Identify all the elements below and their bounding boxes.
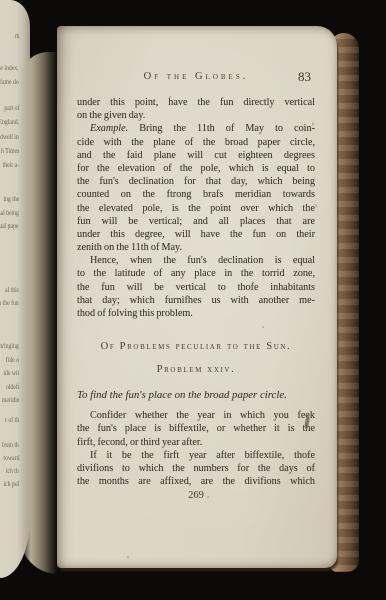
facing-page-fragment: from th <box>2 441 19 449</box>
facing-page-fragment: their a- <box>3 161 19 169</box>
facing-page-fragment: meridie <box>1 396 19 404</box>
facing-page-fragment: ich th <box>6 467 19 475</box>
text-line: Confider whether the year in which you f… <box>77 409 315 422</box>
facing-page-fragment: oldeft <box>6 383 19 391</box>
body-text-block-1: under this point, have the fun directly … <box>77 96 315 320</box>
text-line: counted on the ftrong brafs meridian tow… <box>77 188 315 201</box>
paper-speck <box>127 556 129 558</box>
text-line: the elevated pole, is the point over whi… <box>77 202 315 215</box>
facing-page-fragment: the index, <box>0 64 19 72</box>
text-line: under this degree, will have the fun on … <box>77 228 315 241</box>
text-line: the fun's place is biffextile, or whethe… <box>77 422 315 435</box>
text-line: fun will be vertical; and all places tha… <box>77 215 315 228</box>
text-line: cide with the plane of the broad paper c… <box>77 136 315 149</box>
paper-speck <box>315 204 317 207</box>
facing-page-fragment: m <box>15 32 19 40</box>
body-text-block-2: Confider whether the year in which you f… <box>77 409 315 488</box>
text-line: and the faid plane will cut eighteen deg… <box>77 149 315 162</box>
text-line: If it be the firft year after biffextile… <box>77 449 315 462</box>
facing-page-fragment: ich pol <box>3 480 19 488</box>
text-line: Example. Bring the 11th of May to coin- <box>77 122 315 135</box>
facing-page-fragment: ide wit <box>3 369 19 377</box>
facing-page-fragment: dwell in <box>0 133 19 141</box>
problem-heading: Problem xxiv. <box>77 363 315 376</box>
text-line: divifions to which the numbers for the d… <box>77 462 315 475</box>
text-line: the months are affixed, are the divifion… <box>77 475 315 488</box>
facing-page-fragment: ing the <box>3 195 19 203</box>
text-line: for the elevation of the pole, which is … <box>77 162 315 175</box>
text-line: that day; which furnifhes us with anothe… <box>77 294 315 307</box>
page-header: Of the Globes. 83 <box>77 71 315 85</box>
facing-page-fragment: toward <box>3 454 19 462</box>
book-page: Of the Globes. 83 under this point, have… <box>57 26 337 568</box>
text-line: firft, fecond, or third year after. <box>77 436 315 449</box>
book-photo: mthe index,fame dopart ofEngland,dwell i… <box>0 0 386 600</box>
facing-page-fragment: England, <box>0 118 19 126</box>
facing-page-fragment: r of th <box>5 416 19 424</box>
text-line: to the latitude of any place in the torr… <box>77 267 315 280</box>
section-heading: Of Problems peculiar to the Sun. <box>77 340 315 353</box>
text-line: the fun's declination for that day, whic… <box>77 175 315 188</box>
text-line: the fun will be vertical to thofe inhabi… <box>77 281 315 294</box>
facing-page-fragment: al this <box>5 286 19 294</box>
facing-page-fragment: fide o <box>6 356 19 364</box>
problem-statement: To find the fun's place on the broad pap… <box>77 389 315 402</box>
page-number: 83 <box>298 69 311 85</box>
facing-page-fragment: bringing <box>0 342 19 350</box>
text-line: on the given day. <box>77 109 315 122</box>
facing-page-fragment: h Times <box>1 147 19 155</box>
running-header: Of the Globes. <box>77 71 315 82</box>
facing-page-fragment: fame do <box>0 78 19 86</box>
book-gutter-shadow <box>20 52 58 574</box>
facing-page-fragment: part of <box>4 104 19 112</box>
facing-page-fragment: ual pape <box>0 222 19 230</box>
signature-number: 269 <box>77 490 315 501</box>
facing-page-fragment: nal being <box>0 209 19 217</box>
text-line: zenith on the 11th of May. <box>77 241 315 254</box>
text-line: under this point, have the fun directly … <box>77 96 315 109</box>
facing-page-fragment: ith the fun <box>0 299 19 307</box>
text-line: Hence, when the fun's declination is equ… <box>77 254 315 267</box>
text-line: thod of folving this problem. <box>77 307 315 320</box>
